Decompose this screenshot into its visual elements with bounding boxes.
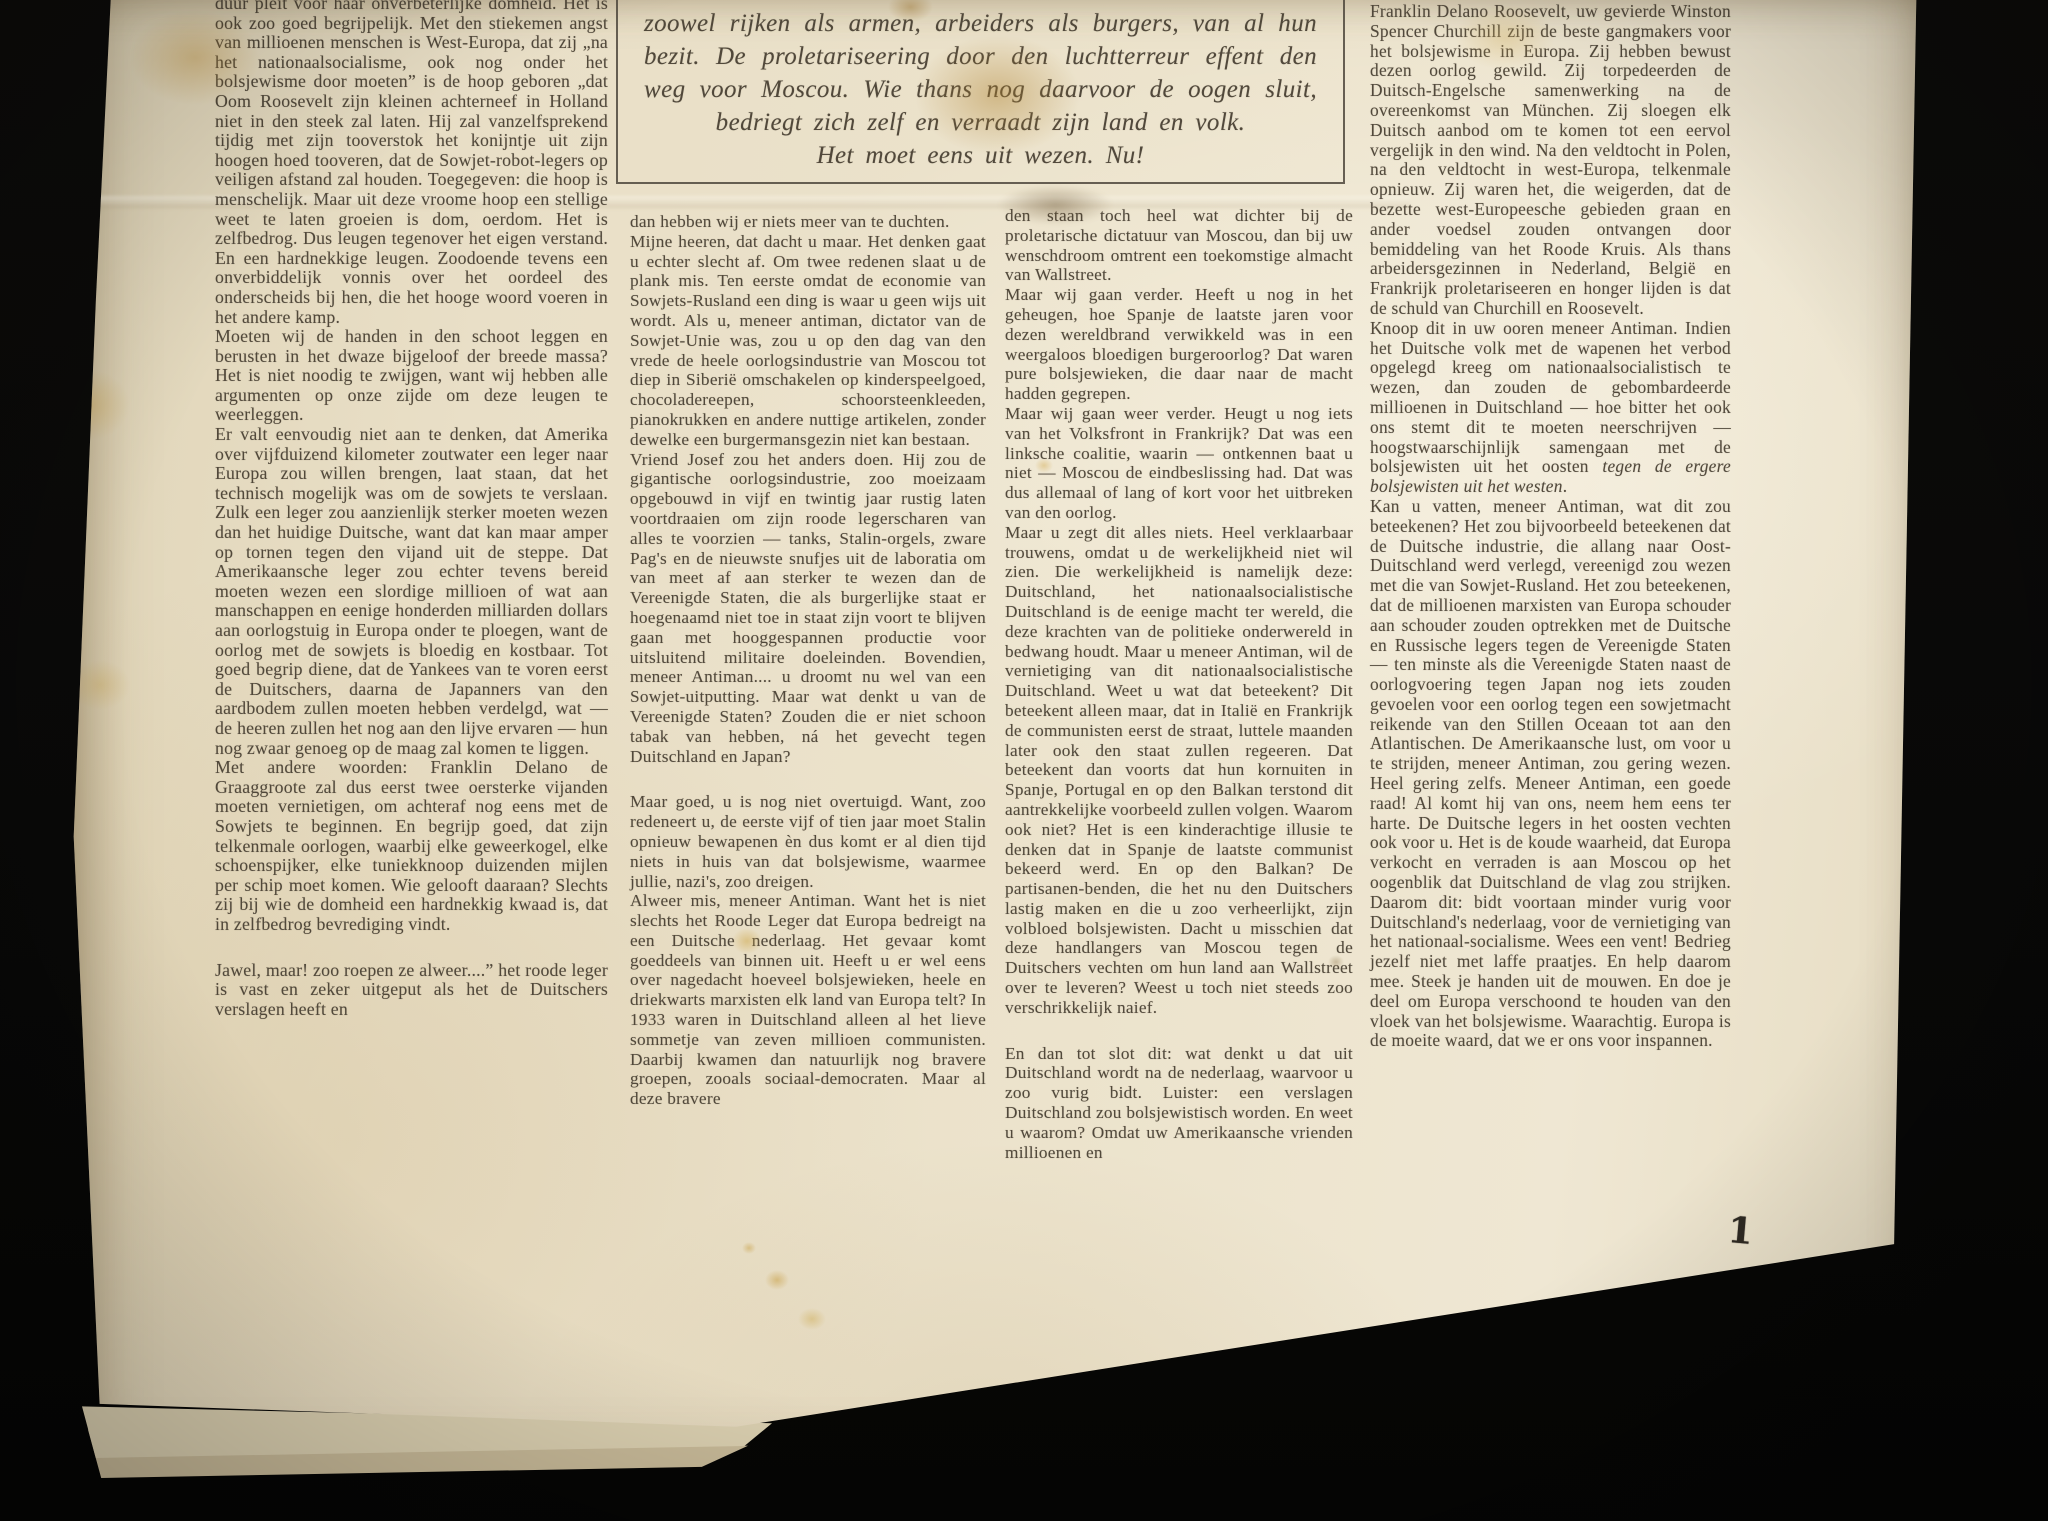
paragraph: Met andere woorden: Franklin Delano de G… [215,758,608,934]
paragraph: Maar goed, u is nog niet overtuigd. Want… [630,792,986,891]
stain [765,1270,789,1290]
paragraph: En dan tot slot dit: wat denkt u dat uit… [1005,1044,1353,1163]
paragraph: Franklin Delano Roosevelt, uw gevierde W… [1370,2,1731,319]
stain [70,660,130,710]
stain [798,1308,826,1330]
lead-line: Het moet eens uit wezen. Nu! [644,139,1317,172]
paragraph: Maar wij gaan verder. Heeft u nog in het… [1005,285,1353,404]
paragraph: Mijne heeren, dat dacht u maar. Het denk… [630,232,986,450]
paragraph: Jawel, maar! zoo roepen ze alweer....” h… [215,961,608,1020]
stain [1682,1272,1752,1317]
page-number-mark: 1 [1726,1209,1755,1253]
paragraph: dan hebben wij er niets meer van te duch… [630,212,986,232]
paragraph: Maar u zegt dit alles niets. Heel verkla… [1005,523,1353,1018]
lead-box: zoowel rijken als armen, arbeiders als b… [616,0,1345,184]
lead-line: zoowel rijken als armen, arbeiders als b… [644,7,1317,40]
photo-backdrop: zoowel rijken als armen, arbeiders als b… [0,0,2048,1521]
paragraph: Vriend Josef zou het anders doen. Hij zo… [630,450,986,767]
paragraph: Alweer mis, meneer Antiman. Want het is … [630,891,986,1109]
text-column-2: dan hebben wij er niets meer van te duch… [630,212,986,1109]
paragraph: Maar wij gaan weer verder. Heugt u nog i… [1005,404,1353,523]
paragraph: den staan toch heel wat dichter bij de p… [1005,206,1353,285]
text-column-4: Franklin Delano Roosevelt, uw gevierde W… [1370,2,1731,1051]
paragraph: Er valt eenvoudig niet aan te denken, da… [215,425,608,758]
text-column-1: duur pleit voor haar onverbeterlijke dom… [215,0,608,1019]
document-page: zoowel rijken als armen, arbeiders als b… [70,0,1920,1521]
lead-line: bezit. De proletariseering door den luch… [644,40,1317,73]
paragraph: Kan u vatten, meneer Antiman, wat dit zo… [1370,497,1731,1051]
stain [742,1242,756,1254]
paragraph: Knoop dit in uw ooren meneer Antiman. In… [1370,319,1731,497]
text-column-3: den staan toch heel wat dichter bij de p… [1005,206,1353,1162]
stain [50,370,130,440]
paragraph: duur pleit voor haar onverbeterlijke dom… [215,0,608,327]
lead-line: weg voor Moscou. Wie thans nog daarvoor … [644,73,1317,106]
lead-line: bedriegt zich zelf en verraadt zijn land… [644,106,1317,139]
paragraph: Moeten wij de handen in den schoot legge… [215,327,608,425]
